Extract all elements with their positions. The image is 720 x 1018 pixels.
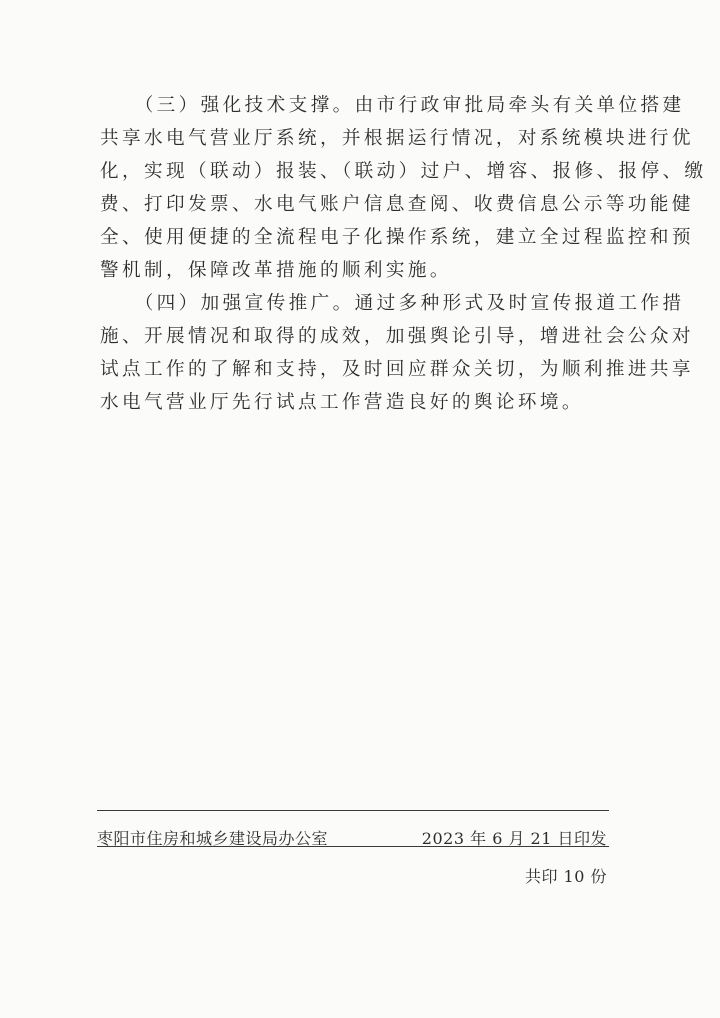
text-line: 化，实现（联动）报装、（联动）过户、增容、报修、报停、缴 (100, 161, 608, 183)
text-line: 水电气营业厅先行试点工作营造良好的舆论环境。 (100, 392, 608, 414)
text-line: （三）强化技术支撑。由市行政审批局牵头有关单位搭建 (100, 95, 608, 117)
text-line: 试点工作的了解和支持，及时回应群众关切，为顺利推进共享 (100, 359, 608, 381)
text-line: 费、打印发票、水电气账户信息查阅、收费信息公示等功能健 (100, 194, 608, 216)
text-line: （四）加强宣传推广。通过多种形式及时宣传报道工作措 (100, 293, 608, 315)
text-line: 全、使用便捷的全流程电子化操作系统，建立全过程监控和预 (100, 227, 608, 249)
text-line: 施、开展情况和取得的成效，加强舆论引导，增进社会公众对 (100, 326, 608, 348)
text-line: 警机制，保障改革措施的顺利实施。 (100, 260, 608, 282)
footer-top-rule (97, 810, 609, 811)
copies-count: 共印 10 份 (525, 864, 607, 887)
text-line: 共享水电气营业厅系统，并根据运行情况，对系统模块进行优 (100, 128, 608, 150)
footer-bottom-rule (97, 846, 609, 847)
